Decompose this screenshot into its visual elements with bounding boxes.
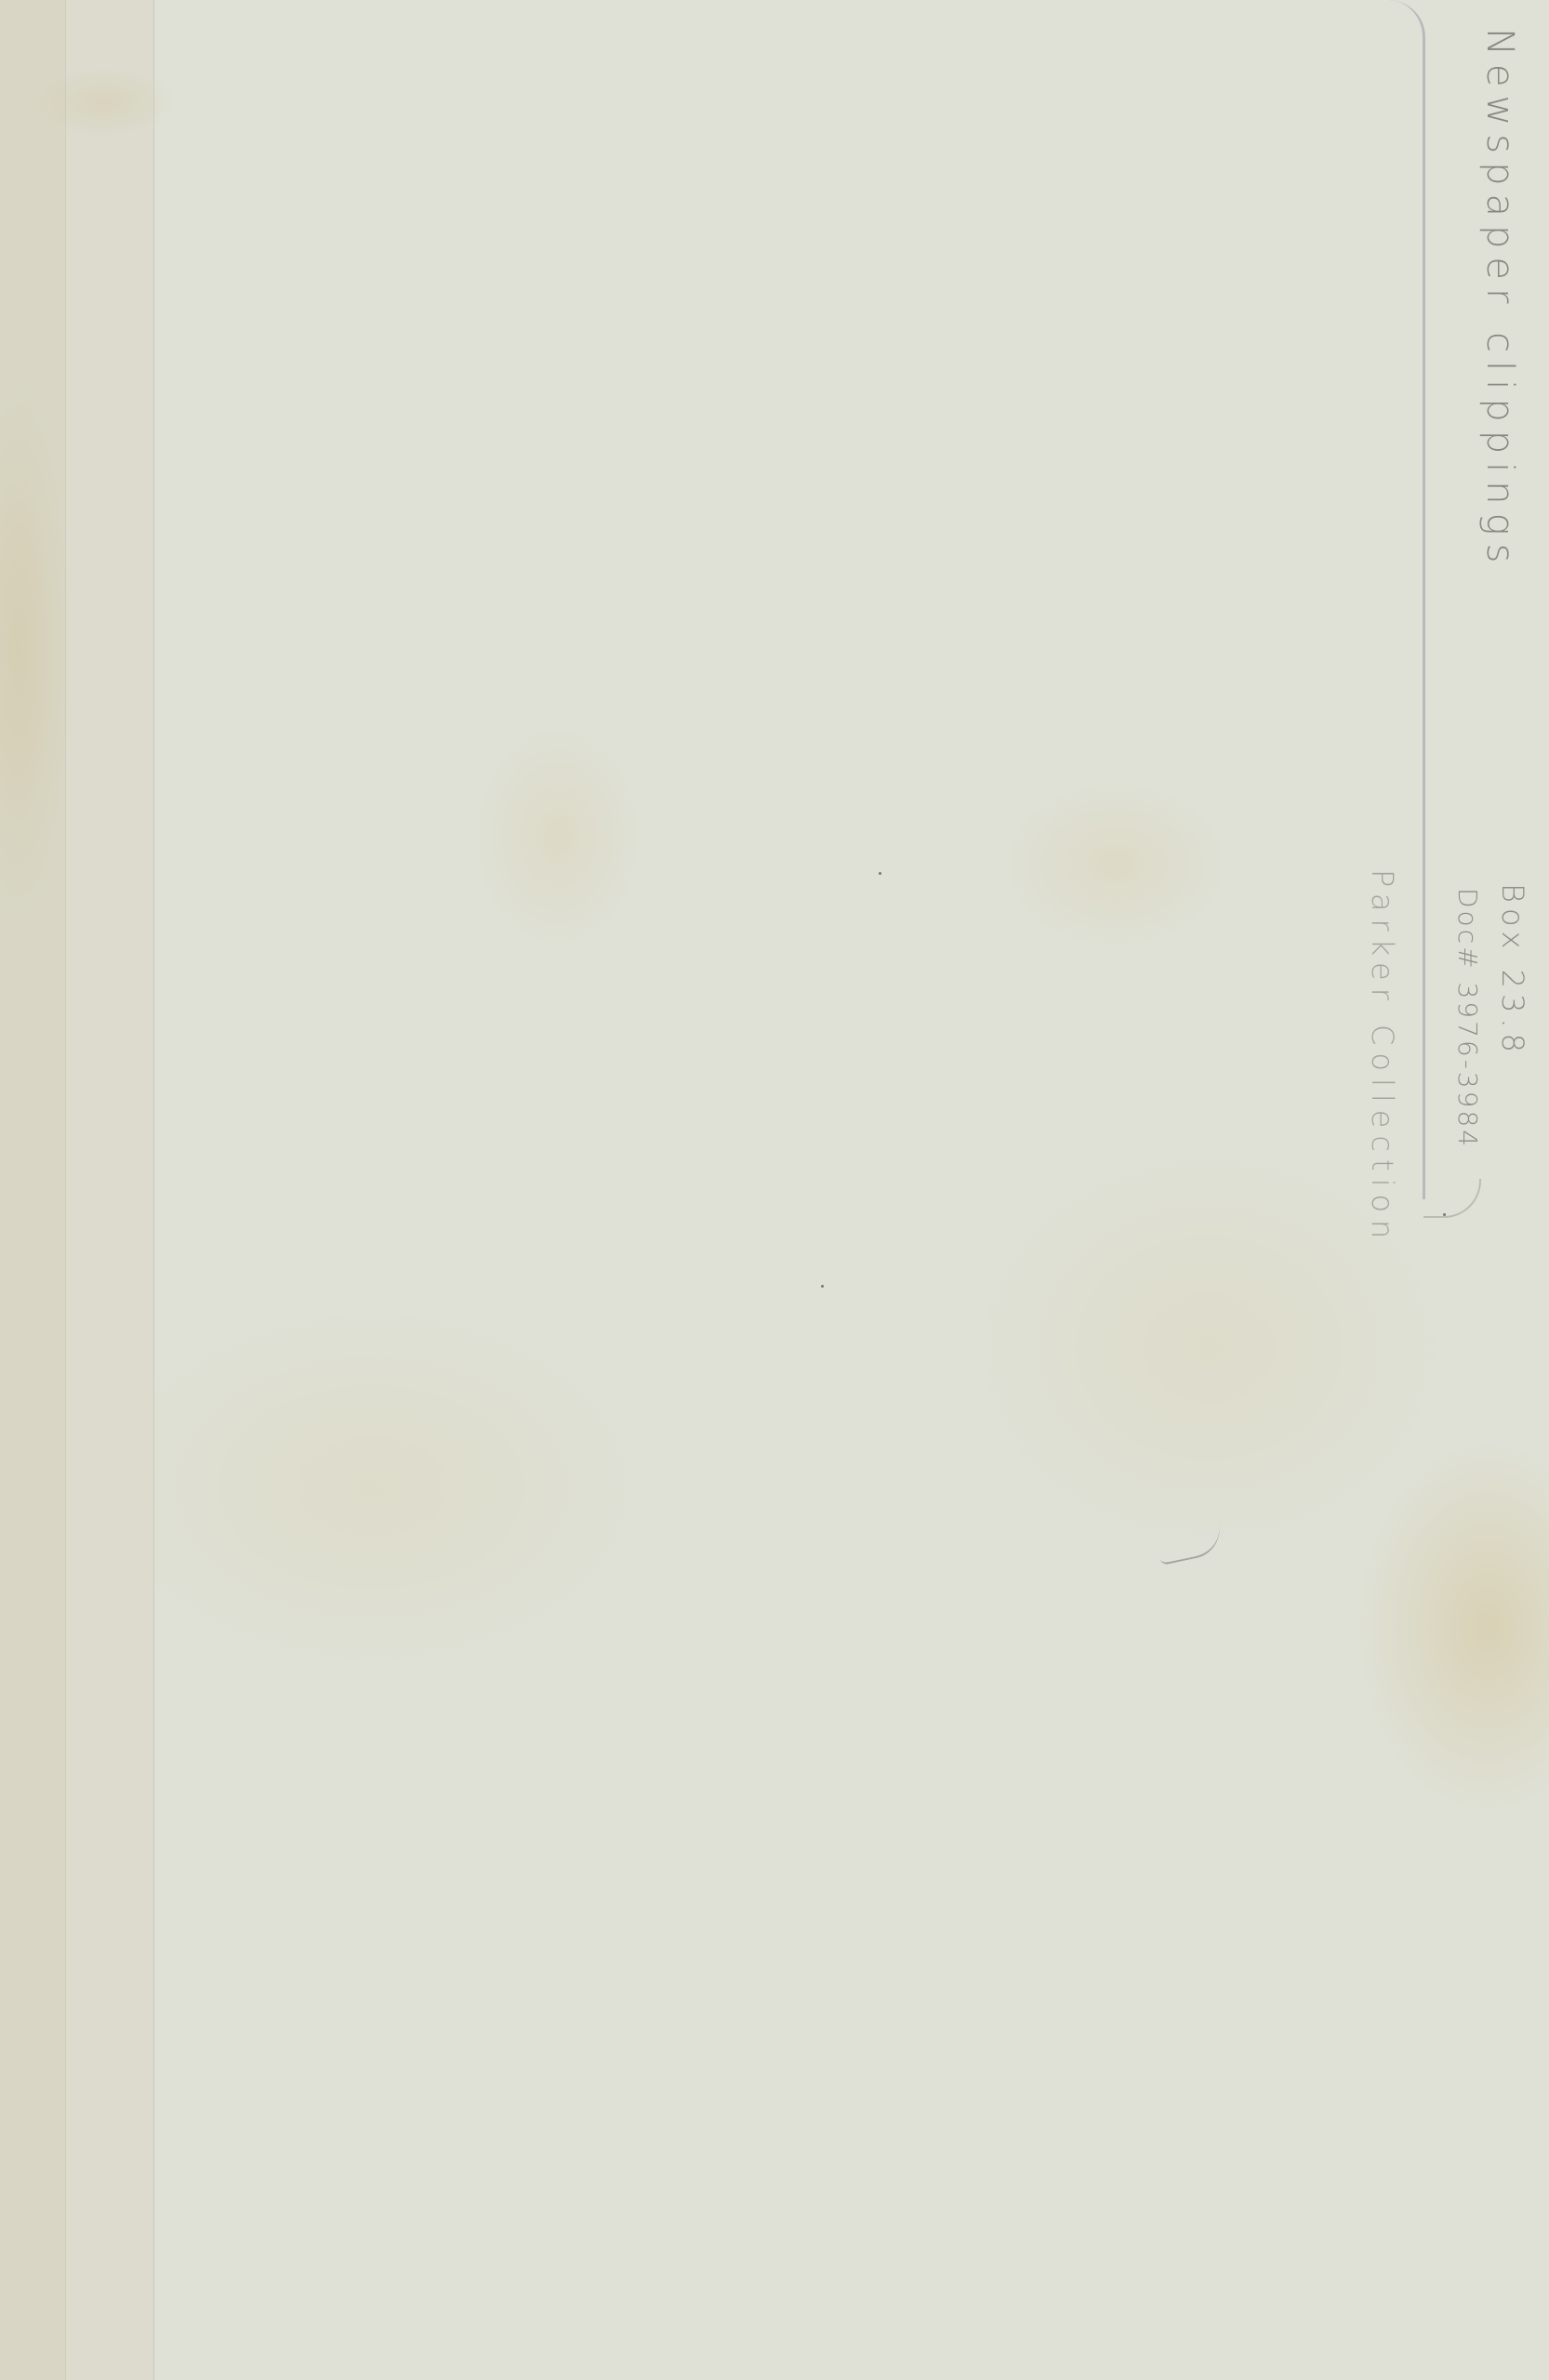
paper-sheet: Newspaper clippings Box 23.8 Doc# 3976-3… bbox=[0, 0, 1549, 2380]
speck bbox=[1443, 1213, 1446, 1216]
annotation-doc-numbers: Doc# 3976-3984 bbox=[1452, 888, 1483, 1149]
folder-edge bbox=[0, 0, 66, 2380]
hair-mark bbox=[1155, 1523, 1225, 1566]
annotation-title: Newspaper clippings bbox=[1478, 28, 1521, 571]
speck bbox=[879, 872, 881, 875]
annotation-box-number: Box 23.8 bbox=[1495, 883, 1530, 1058]
annotation-collection: Parker Collection bbox=[1365, 869, 1400, 1246]
speck bbox=[821, 1285, 824, 1288]
